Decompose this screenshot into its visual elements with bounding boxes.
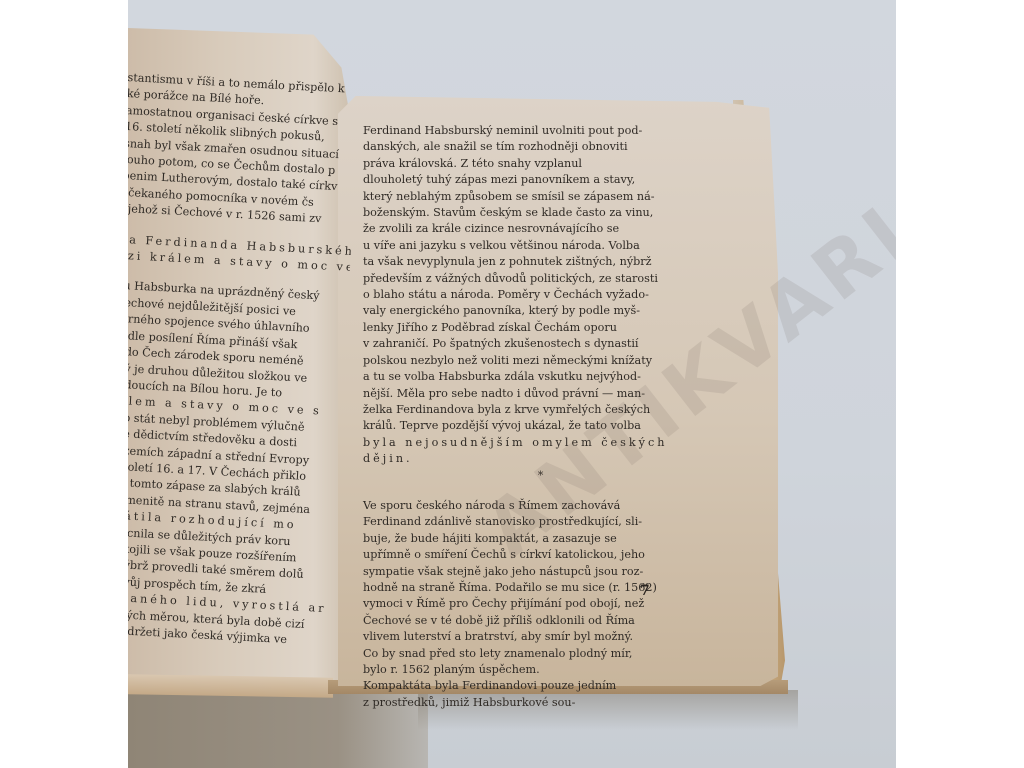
text-line: především z vážných důvodů politických, … xyxy=(363,271,718,287)
text-line: z prostředků, jimiž Habsburkové sou- xyxy=(363,695,718,711)
text-line: který neblahým způsobem se smísil se záp… xyxy=(363,189,718,205)
text-line: bylo r. 1562 planým úspěchem. xyxy=(363,662,718,678)
text-line: o blaho státu a národa. Poměry v Čechách… xyxy=(363,287,718,303)
text-line: vymoci v Římě pro Čechy přijímání pod ob… xyxy=(363,596,718,612)
text-line: valy energického panovníka, který by pod… xyxy=(363,303,718,319)
page-number: 7 xyxy=(640,583,650,599)
text-line: danských, ale snažil se tím rozhodněji o… xyxy=(363,139,718,155)
text-line: Čechové se v té době již příliš odklonil… xyxy=(363,613,718,629)
text-line: boženským. Stavům českým se klade často … xyxy=(363,205,718,221)
text-line: Kompaktáta byla Ferdinandovi pouze jední… xyxy=(363,678,718,694)
text-line: sympatie však stejně jako jeho nástupců … xyxy=(363,564,718,580)
text-line: ta však nevyplynula jen z pohnutek zištn… xyxy=(363,254,718,270)
text-line: u víře ani jazyku s velkou většinou náro… xyxy=(363,238,718,254)
text-line: práva královská. Z této snahy vzplanul xyxy=(363,156,718,172)
left-page-bottom-edge xyxy=(128,674,333,698)
text-line: hodně na straně Říma. Podařilo se mu sic… xyxy=(363,580,718,596)
text-line: že zvolili za krále cizince nesrovnávají… xyxy=(363,221,718,237)
book-photo: stantismu v říši a to nemálo přispělo k … xyxy=(128,0,896,768)
text-line: Ferdinand Habsburský neminil uvolniti po… xyxy=(363,123,718,139)
left-page-text: stantismu v říši a to nemálo přispělo k … xyxy=(128,70,360,651)
text-line: Co by snad před sto lety znamenalo plodn… xyxy=(363,646,718,662)
text-line: dlouholetý tuhý zápas mezi panovníkem a … xyxy=(363,172,718,188)
text-line: vlivem luterství a bratrství, aby smír b… xyxy=(363,629,718,645)
text-line: lenky Jiřího z Poděbrad získal Čechám op… xyxy=(363,320,718,336)
